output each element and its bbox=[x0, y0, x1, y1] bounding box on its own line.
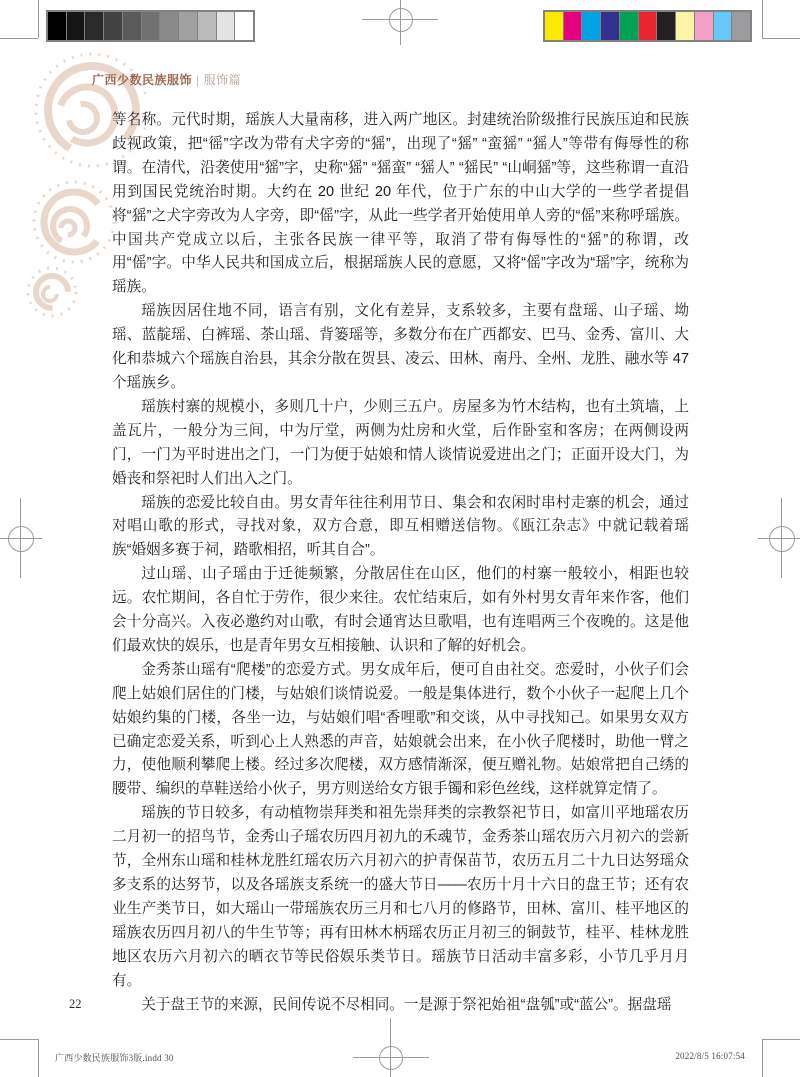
calibration-swatch bbox=[141, 12, 160, 40]
calibration-swatch bbox=[638, 12, 657, 40]
crop-mark-top-right-h bbox=[762, 38, 800, 39]
crop-mark-bottom-left-v bbox=[38, 1039, 39, 1077]
calibration-swatch bbox=[66, 12, 85, 40]
grayscale-calibration-bar bbox=[46, 10, 255, 42]
calibration-swatch bbox=[545, 12, 563, 40]
calibration-swatch bbox=[216, 12, 235, 40]
paragraph: 金秀茶山瑶有“爬楼”的恋爱方式。男女成年后，便可自由社交。恋爱时，小伙子们会爬上… bbox=[112, 659, 689, 802]
calibration-swatch bbox=[122, 12, 141, 40]
paragraph: 瑶族村寨的规模小，多则几十户，少则三五户。房屋多为竹木结构，也有土筑墙，上盖瓦片… bbox=[112, 396, 689, 492]
calibration-swatch bbox=[159, 12, 178, 40]
crop-mark-bottom-left-h bbox=[0, 1039, 38, 1040]
paragraph: 瑶族的节日较多，有动植物崇拜类和祖先崇拜类的宗教祭祀节日，如富川平地瑶农历二月初… bbox=[112, 802, 689, 993]
calibration-swatch bbox=[656, 12, 675, 40]
footer-file-imprint: 广西少数民族服饰3版.indd 30 bbox=[55, 1051, 174, 1064]
calibration-swatch bbox=[84, 12, 103, 40]
paragraph: 等名称。元代时期，瑶族人大量南移，进入两广地区。封建统治阶级推行民族压迫和民族歧… bbox=[112, 109, 689, 300]
calibration-swatch bbox=[600, 12, 619, 40]
footer-timestamp: 2022/8/5 16:07:54 bbox=[675, 1051, 745, 1061]
book-page: 广西少数民族服饰|服饰篇 等名称。元代时期，瑶族人大量南移，进入两广地区。封建统… bbox=[0, 0, 800, 1077]
calibration-swatch bbox=[563, 12, 582, 40]
calibration-swatch bbox=[713, 12, 732, 40]
crop-mark-bottom-right-h bbox=[762, 1039, 800, 1040]
calibration-swatch bbox=[103, 12, 122, 40]
crop-mark-top-left-v bbox=[38, 0, 39, 38]
crop-mark-bottom-right-v bbox=[762, 1039, 763, 1077]
paragraph: 瑶族因居住地不同，语言有别，文化有差异，支系较多，主要有盘瑶、山子瑶、坳瑶、蓝靛… bbox=[112, 300, 689, 396]
calibration-swatch bbox=[731, 12, 750, 40]
body-text: 等名称。元代时期，瑶族人大量南移，进入两广地区。封建统治阶级推行民族压迫和民族歧… bbox=[112, 109, 689, 1017]
calibration-swatch bbox=[48, 12, 66, 40]
calibration-swatch bbox=[178, 12, 197, 40]
calibration-swatch bbox=[675, 12, 694, 40]
color-calibration-bar bbox=[543, 10, 752, 42]
header-section-title: 服饰篇 bbox=[204, 73, 242, 87]
crop-mark-top-left-h bbox=[0, 38, 38, 39]
page-number: 22 bbox=[69, 997, 82, 1012]
header-divider: | bbox=[192, 73, 204, 87]
page-header: 广西少数民族服饰|服饰篇 bbox=[92, 71, 241, 88]
calibration-swatch bbox=[197, 12, 216, 40]
calibration-swatch bbox=[234, 12, 253, 40]
crop-mark-top-right-v bbox=[762, 0, 763, 38]
calibration-swatch bbox=[619, 12, 638, 40]
paragraph: 关于盘王节的来源，民间传说不尽相同。一是源于祭祀始祖“盘瓠”或“蓝公”。据盘瑶 bbox=[112, 994, 689, 1018]
calibration-swatch bbox=[694, 12, 713, 40]
calibration-swatch bbox=[581, 12, 600, 40]
header-book-title: 广西少数民族服饰 bbox=[92, 73, 192, 87]
paragraph: 过山瑶、山子瑶由于迁徙频繁，分散居住在山区，他们的村寨一般较小，相距也较远。农忙… bbox=[112, 563, 689, 659]
paragraph: 瑶族的恋爱比较自由。男女青年往往利用节日、集会和农闲时串村走寨的机会，通过对唱山… bbox=[112, 492, 689, 564]
